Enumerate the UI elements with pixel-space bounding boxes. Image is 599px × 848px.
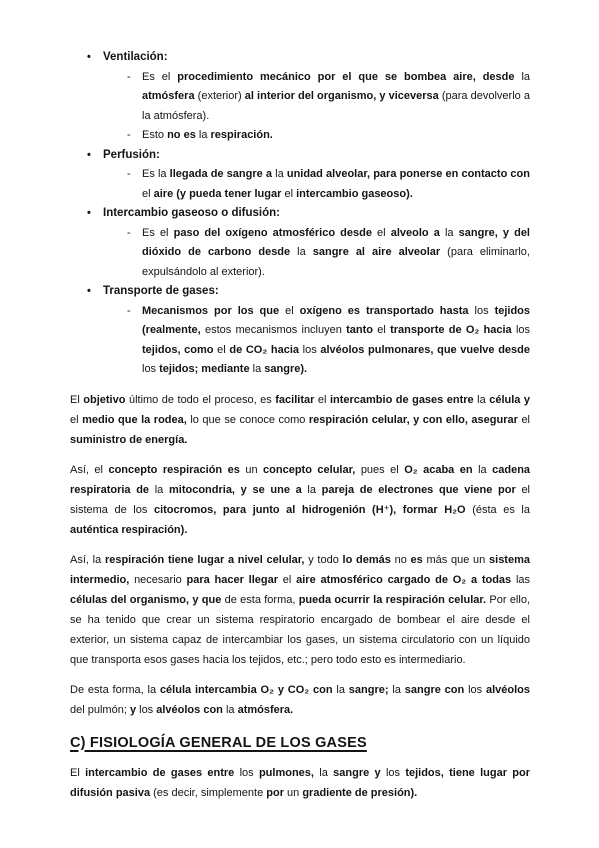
bold-text: atmósfera. xyxy=(238,704,294,716)
bold-text: para hacer llegar xyxy=(187,574,283,586)
bold-text: alvéolos pulmonares, que vuelve desde xyxy=(320,344,530,356)
bold-text: Transporte de gases: xyxy=(103,285,219,297)
regular-text: la xyxy=(275,168,287,180)
regular-text: Es el xyxy=(142,227,174,239)
bold-text: intercambio de gases entre xyxy=(330,394,477,406)
bold-text: C) FISIOLOGÍA GENERAL DE LOS GASES xyxy=(70,735,367,751)
bold-text: pareja de electrones que viene por xyxy=(322,484,522,496)
bold-text: medio que la rodea, xyxy=(82,414,190,426)
regular-text: el xyxy=(284,188,296,200)
regular-text: (ésta es la xyxy=(472,504,530,516)
regular-text: último de todo el proceso, es xyxy=(129,394,275,406)
bold-text: sangre y xyxy=(333,767,386,779)
regular-text: la xyxy=(336,684,348,696)
regular-text: Esto xyxy=(142,129,167,141)
bullet-icon: • xyxy=(87,282,91,302)
bold-text: concepto celular, xyxy=(263,464,361,476)
regular-text: el xyxy=(318,394,330,406)
bold-text: célula intercambia O₂ y CO₂ con xyxy=(160,684,336,696)
regular-text: Es la xyxy=(142,168,170,180)
bold-text: aire (y pueda tener lugar xyxy=(154,188,285,200)
paragraph: El intercambio de gases entre los pulmon… xyxy=(70,763,530,803)
regular-text: los xyxy=(303,344,321,356)
bold-text: Ventilación: xyxy=(103,51,168,63)
bold-text: atmósfera xyxy=(142,90,198,102)
bullet-title: •Perfusión: xyxy=(70,146,530,166)
bold-text: llegada de sangre a xyxy=(170,168,275,180)
bold-text: paso del oxígeno atmosférico desde xyxy=(174,227,377,239)
sub-bullet-item: -Esto no es la respiración. xyxy=(70,126,530,146)
bullet-icon: • xyxy=(87,146,91,166)
sub-bullet-item: -Mecanismos por los que el oxígeno es tr… xyxy=(70,302,530,380)
bold-text: alveolo a xyxy=(391,227,445,239)
regular-text: la xyxy=(199,129,211,141)
sub-bullet-item: -Es el procedimiento mecánico por el que… xyxy=(70,68,530,127)
regular-text: los xyxy=(139,704,156,716)
bullet-icon: • xyxy=(87,204,91,224)
bullet-item: •Perfusión:-Es la llegada de sangre a la… xyxy=(70,146,530,205)
regular-text: la xyxy=(477,394,489,406)
dash-icon: - xyxy=(127,165,131,185)
bold-text: y xyxy=(130,704,139,716)
dash-icon: - xyxy=(127,224,131,244)
regular-text: los xyxy=(386,767,405,779)
bold-text: intercambio gaseoso). xyxy=(296,188,413,200)
regular-text: estos mecanismos incluyen xyxy=(205,324,346,336)
regular-text: la xyxy=(226,704,238,716)
regular-text: De esta forma, la xyxy=(70,684,160,696)
bold-text: tejidos, como xyxy=(142,344,217,356)
bold-text: respiración tiene lugar a nivel celular, xyxy=(105,554,308,566)
regular-text: la xyxy=(307,484,321,496)
bullet-title: •Transporte de gases: xyxy=(70,282,530,302)
bold-text: mitocondria, y se une a xyxy=(169,484,307,496)
regular-text: lo que se conoce como xyxy=(190,414,309,426)
bold-text: alvéolos con xyxy=(156,704,226,716)
regular-text: un xyxy=(245,464,263,476)
bold-text: al interior del organismo, y viceversa xyxy=(245,90,442,102)
regular-text: la xyxy=(155,484,169,496)
bullet-title: •Intercambio gaseoso o difusión: xyxy=(70,204,530,224)
bold-text: sangre). xyxy=(264,363,307,375)
bold-text: pueda ocurrir la respiración celular. xyxy=(299,594,490,606)
document-body: •Ventilación:-Es el procedimiento mecáni… xyxy=(70,48,530,803)
regular-text: Así, la xyxy=(70,554,105,566)
bullet-item: •Ventilación:-Es el procedimiento mecáni… xyxy=(70,48,530,146)
bold-text: Mecanismos por los que xyxy=(142,305,285,317)
regular-text: el xyxy=(217,344,229,356)
bold-text: objetivo xyxy=(83,394,129,406)
regular-text: la xyxy=(521,71,530,83)
regular-text: los xyxy=(240,767,259,779)
paragraph: De esta forma, la célula intercambia O₂ … xyxy=(70,680,530,720)
bold-text: citocromos, para junto al hidrogenión (H… xyxy=(154,504,472,516)
regular-text: y todo xyxy=(308,554,342,566)
regular-text: Así, el xyxy=(70,464,108,476)
bold-text: tanto xyxy=(346,324,377,336)
bold-text: sangre; xyxy=(349,684,393,696)
bold-text: oxígeno es transportado hasta xyxy=(300,305,475,317)
regular-text: los xyxy=(142,363,159,375)
regular-text: el xyxy=(377,324,390,336)
regular-text: la xyxy=(297,246,313,258)
bold-text: respiración. xyxy=(211,129,273,141)
bold-text: auténtica respiración). xyxy=(70,524,187,536)
regular-text: un xyxy=(287,787,302,799)
regular-text: el xyxy=(521,414,530,426)
bold-text: procedimiento mecánico por el que se bom… xyxy=(177,71,521,83)
regular-text: El xyxy=(70,767,85,779)
regular-text: los xyxy=(475,305,495,317)
bullet-item: •Transporte de gases:-Mecanismos por los… xyxy=(70,282,530,380)
paragraph: Así, la respiración tiene lugar a nivel … xyxy=(70,550,530,670)
bullet-item: •Intercambio gaseoso o difusión:-Es el p… xyxy=(70,204,530,282)
bold-text: de CO₂ hacia xyxy=(229,344,302,356)
regular-text: la xyxy=(392,684,404,696)
bullet-title: •Ventilación: xyxy=(70,48,530,68)
bold-text: unidad alveolar, para ponerse en contact… xyxy=(287,168,530,180)
regular-text: la xyxy=(478,464,492,476)
bold-text: O₂ acaba en xyxy=(404,464,478,476)
bold-text: suministro de energía. xyxy=(70,434,187,446)
dash-icon: - xyxy=(127,126,131,146)
bold-text: tejidos; mediante xyxy=(159,363,253,375)
paragraph: Así, el concepto respiración es un conce… xyxy=(70,460,530,540)
bold-text: células del organismo, y que xyxy=(70,594,225,606)
regular-text: del pulmón; xyxy=(70,704,130,716)
bold-text: no es xyxy=(167,129,199,141)
bold-text: por xyxy=(266,787,287,799)
bold-text: es xyxy=(411,554,427,566)
bold-text: respiración celular, y con ello, asegura… xyxy=(309,414,522,426)
bold-text: sangre con xyxy=(405,684,468,696)
regular-text: (es decir, simplemente xyxy=(153,787,266,799)
paragraph: El objetivo último de todo el proceso, e… xyxy=(70,390,530,450)
regular-text: el xyxy=(285,305,300,317)
regular-text: más que un xyxy=(427,554,490,566)
dash-icon: - xyxy=(127,302,131,322)
bold-text: Intercambio gaseoso o difusión: xyxy=(103,207,280,219)
section-heading: C) FISIOLOGÍA GENERAL DE LOS GASES xyxy=(70,735,530,751)
regular-text: las xyxy=(516,574,530,586)
sub-bullet-item: -Es el paso del oxígeno atmosférico desd… xyxy=(70,224,530,283)
regular-text: el xyxy=(283,574,296,586)
regular-text: el xyxy=(377,227,391,239)
regular-text: necesario xyxy=(134,574,186,586)
bold-text: gradiente de presión). xyxy=(302,787,417,799)
regular-text: los xyxy=(516,324,530,336)
sub-bullet-item: -Es la llegada de sangre a la unidad alv… xyxy=(70,165,530,204)
bold-text: concepto respiración es xyxy=(108,464,245,476)
regular-text: la xyxy=(253,363,265,375)
regular-text: Es el xyxy=(142,71,177,83)
bold-text: alvéolos xyxy=(486,684,530,696)
regular-text: la xyxy=(319,767,333,779)
regular-text: El xyxy=(70,394,83,406)
regular-text: la xyxy=(445,227,459,239)
bold-text: sangre al aire alveolar xyxy=(313,246,447,258)
regular-text: no xyxy=(395,554,411,566)
bold-text: pulmones, xyxy=(259,767,319,779)
bold-text: célula y xyxy=(489,394,530,406)
dash-icon: - xyxy=(127,68,131,88)
bullet-icon: • xyxy=(87,48,91,68)
regular-text: los xyxy=(468,684,486,696)
bold-text: intercambio de gases entre xyxy=(85,767,239,779)
document-page: •Ventilación:-Es el procedimiento mecáni… xyxy=(0,0,599,848)
bold-text: Perfusión: xyxy=(103,149,160,161)
bold-text: facilitar xyxy=(275,394,318,406)
regular-text: el xyxy=(70,414,82,426)
bold-text: lo demás xyxy=(343,554,395,566)
regular-text: el xyxy=(142,188,154,200)
regular-text: pues el xyxy=(361,464,404,476)
bold-text: transporte de O₂ hacia xyxy=(390,324,516,336)
bold-text: aire atmosférico cargado de O₂ a todas xyxy=(296,574,516,586)
regular-text: de esta forma, xyxy=(225,594,299,606)
regular-text: (exterior) xyxy=(198,90,245,102)
